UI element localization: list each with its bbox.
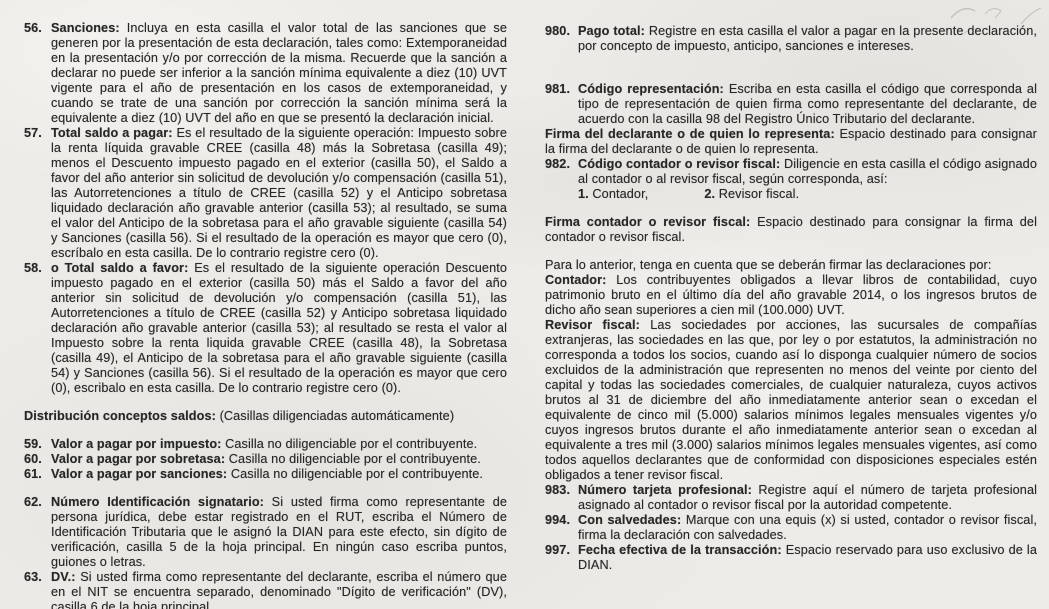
scanned-instructions-page: 56.Sanciones: Incluya en esta casilla el… bbox=[0, 0, 1049, 609]
item-body: Número Identificación signatario: Si ust… bbox=[51, 495, 507, 569]
item-text: Casilla no diligenciable por el contribu… bbox=[229, 452, 481, 466]
option: 1. Contador, bbox=[578, 187, 648, 201]
item-title: Con salvedades: bbox=[578, 513, 681, 527]
column-right: 980.Pago total: Registre en esta casilla… bbox=[545, 24, 1037, 573]
lead-text: Las sociedades por acciones, las sucursa… bbox=[545, 318, 1037, 482]
item-text: Casilla no diligenciable por el contribu… bbox=[225, 437, 477, 451]
heading-distribucion-conceptos-saldos: Distribución conceptos saldos: (Casillas… bbox=[24, 409, 507, 424]
item-980: 980.Pago total: Registre en esta casilla… bbox=[545, 24, 1037, 54]
item-59: 59.Valor a pagar por impuesto: Casilla n… bbox=[24, 437, 507, 452]
item-title: Código contador o revisor fiscal: bbox=[578, 157, 780, 171]
item-body: Número tarjeta profesional: Registre aqu… bbox=[578, 483, 1037, 512]
item-title: Valor a pagar por impuesto: bbox=[51, 437, 222, 451]
paragraph-revisor-fiscal: Revisor fiscal: Las sociedades por accio… bbox=[545, 318, 1037, 483]
paragraph-contador: Contador: Los contribuyentes obligados a… bbox=[545, 273, 1037, 318]
item-60: 60.Valor a pagar por sobretasa: Casilla … bbox=[24, 452, 507, 467]
item-title: Pago total: bbox=[578, 24, 645, 38]
item-58: 58.o Total saldo a favor: Es el resultad… bbox=[24, 261, 507, 396]
option-number: 1. bbox=[578, 187, 589, 201]
item-text: Es el resultado de la siguiente operació… bbox=[51, 126, 507, 260]
item-body: Pago total: Registre en esta casilla el … bbox=[578, 24, 1037, 53]
item-number: 994. bbox=[545, 513, 570, 528]
item-number: 981. bbox=[545, 82, 570, 97]
item-title: Sanciones: bbox=[51, 21, 120, 35]
lead-title: Revisor fiscal: bbox=[545, 318, 640, 332]
item-body: Valor a pagar por sanciones: Casilla no … bbox=[51, 467, 483, 481]
item-options: 1. Contador,2. Revisor fiscal. bbox=[578, 187, 1037, 202]
item-text: Es el resultado de la siguiente operació… bbox=[51, 261, 507, 395]
item-number: 997. bbox=[545, 543, 570, 558]
item-number: 56. bbox=[24, 21, 42, 36]
item-title: o Total saldo a favor: bbox=[51, 261, 188, 275]
item-text: Casilla no diligenciable por el contribu… bbox=[231, 467, 483, 481]
item-body: Total saldo a pagar: Es el resultado de … bbox=[51, 126, 507, 260]
item-title: Fecha efectiva de la transacción: bbox=[578, 543, 782, 557]
item-body: DV.: Si usted firma como representante d… bbox=[51, 570, 507, 609]
item-text: Registre en esta casilla el valor a paga… bbox=[578, 24, 1037, 53]
item-body: Código representación: Escriba en esta c… bbox=[578, 82, 1037, 126]
lead-text: Los contribuyentes obligados a llevar li… bbox=[545, 273, 1037, 317]
note-para-lo-anterior: Para lo anterior, tenga en cuenta que se… bbox=[545, 258, 1037, 273]
column-left: 56.Sanciones: Incluya en esta casilla el… bbox=[24, 21, 507, 609]
item-title: Valor a pagar por sobretasa: bbox=[51, 452, 225, 466]
item-994: 994.Con salvedades: Marque con una equis… bbox=[545, 513, 1037, 543]
item-title: Valor a pagar por sanciones: bbox=[51, 467, 227, 481]
item-body: Código contador o revisor fiscal: Dilige… bbox=[578, 157, 1037, 202]
item-number: 57. bbox=[24, 126, 42, 141]
option-label: Contador, bbox=[592, 187, 648, 201]
item-title: Número tarjeta profesional: bbox=[578, 483, 752, 497]
item-56: 56.Sanciones: Incluya en esta casilla el… bbox=[24, 21, 507, 126]
lead-title: Distribución conceptos saldos: bbox=[24, 409, 216, 423]
option-number: 2. bbox=[704, 187, 715, 201]
item-body: Sanciones: Incluya en esta casilla el va… bbox=[51, 21, 507, 125]
item-text: Incluya en esta casilla el valor total d… bbox=[51, 21, 507, 125]
item-number: 980. bbox=[545, 24, 570, 39]
item-title: Total saldo a pagar: bbox=[51, 126, 173, 140]
item-number: 62. bbox=[24, 495, 42, 510]
heading-firma-declarante: Firma del declarante o de quien lo repre… bbox=[545, 127, 1037, 157]
item-number: 982. bbox=[545, 157, 570, 172]
item-title: Código representación: bbox=[578, 82, 724, 96]
item-body: Valor a pagar por sobretasa: Casilla no … bbox=[51, 452, 481, 466]
item-body: Valor a pagar por impuesto: Casilla no d… bbox=[51, 437, 477, 451]
item-982: 982.Código contador o revisor fiscal: Di… bbox=[545, 157, 1037, 202]
item-61: 61.Valor a pagar por sanciones: Casilla … bbox=[24, 467, 507, 482]
option: 2. Revisor fiscal. bbox=[704, 187, 799, 201]
item-body: o Total saldo a favor: Es el resultado d… bbox=[51, 261, 507, 395]
item-number: 60. bbox=[24, 452, 42, 467]
item-number: 63. bbox=[24, 570, 42, 585]
item-text: Si usted firma como representante del de… bbox=[51, 570, 507, 609]
item-title: DV.: bbox=[51, 570, 76, 584]
item-number: 59. bbox=[24, 437, 42, 452]
item-body: Fecha efectiva de la transacción: Espaci… bbox=[578, 543, 1037, 572]
item-57: 57.Total saldo a pagar: Es el resultado … bbox=[24, 126, 507, 261]
item-63: 63.DV.: Si usted firma como representant… bbox=[24, 570, 507, 609]
item-number: 58. bbox=[24, 261, 42, 276]
item-number: 983. bbox=[545, 483, 570, 498]
lead-title: Contador: bbox=[545, 273, 607, 287]
item-997: 997.Fecha efectiva de la transacción: Es… bbox=[545, 543, 1037, 573]
plain-text: Para lo anterior, tenga en cuenta que se… bbox=[545, 258, 992, 272]
lead-title: Firma contador o revisor fiscal: bbox=[545, 215, 750, 229]
item-title: Número Identificación signatario: bbox=[51, 495, 264, 509]
option-label: Revisor fiscal. bbox=[719, 187, 799, 201]
item-number: 61. bbox=[24, 467, 42, 482]
heading-firma-contador: Firma contador o revisor fiscal: Espacio… bbox=[545, 215, 1037, 245]
item-body: Con salvedades: Marque con una equis (x)… bbox=[578, 513, 1037, 542]
lead-title: Firma del declarante o de quien lo repre… bbox=[545, 127, 835, 141]
item-981: 981.Código representación: Escriba en es… bbox=[545, 82, 1037, 127]
lead-text: (Casillas diligenciadas automáticamente) bbox=[220, 409, 455, 423]
item-62: 62.Número Identificación signatario: Si … bbox=[24, 495, 507, 570]
item-983: 983.Número tarjeta profesional: Registre… bbox=[545, 483, 1037, 513]
